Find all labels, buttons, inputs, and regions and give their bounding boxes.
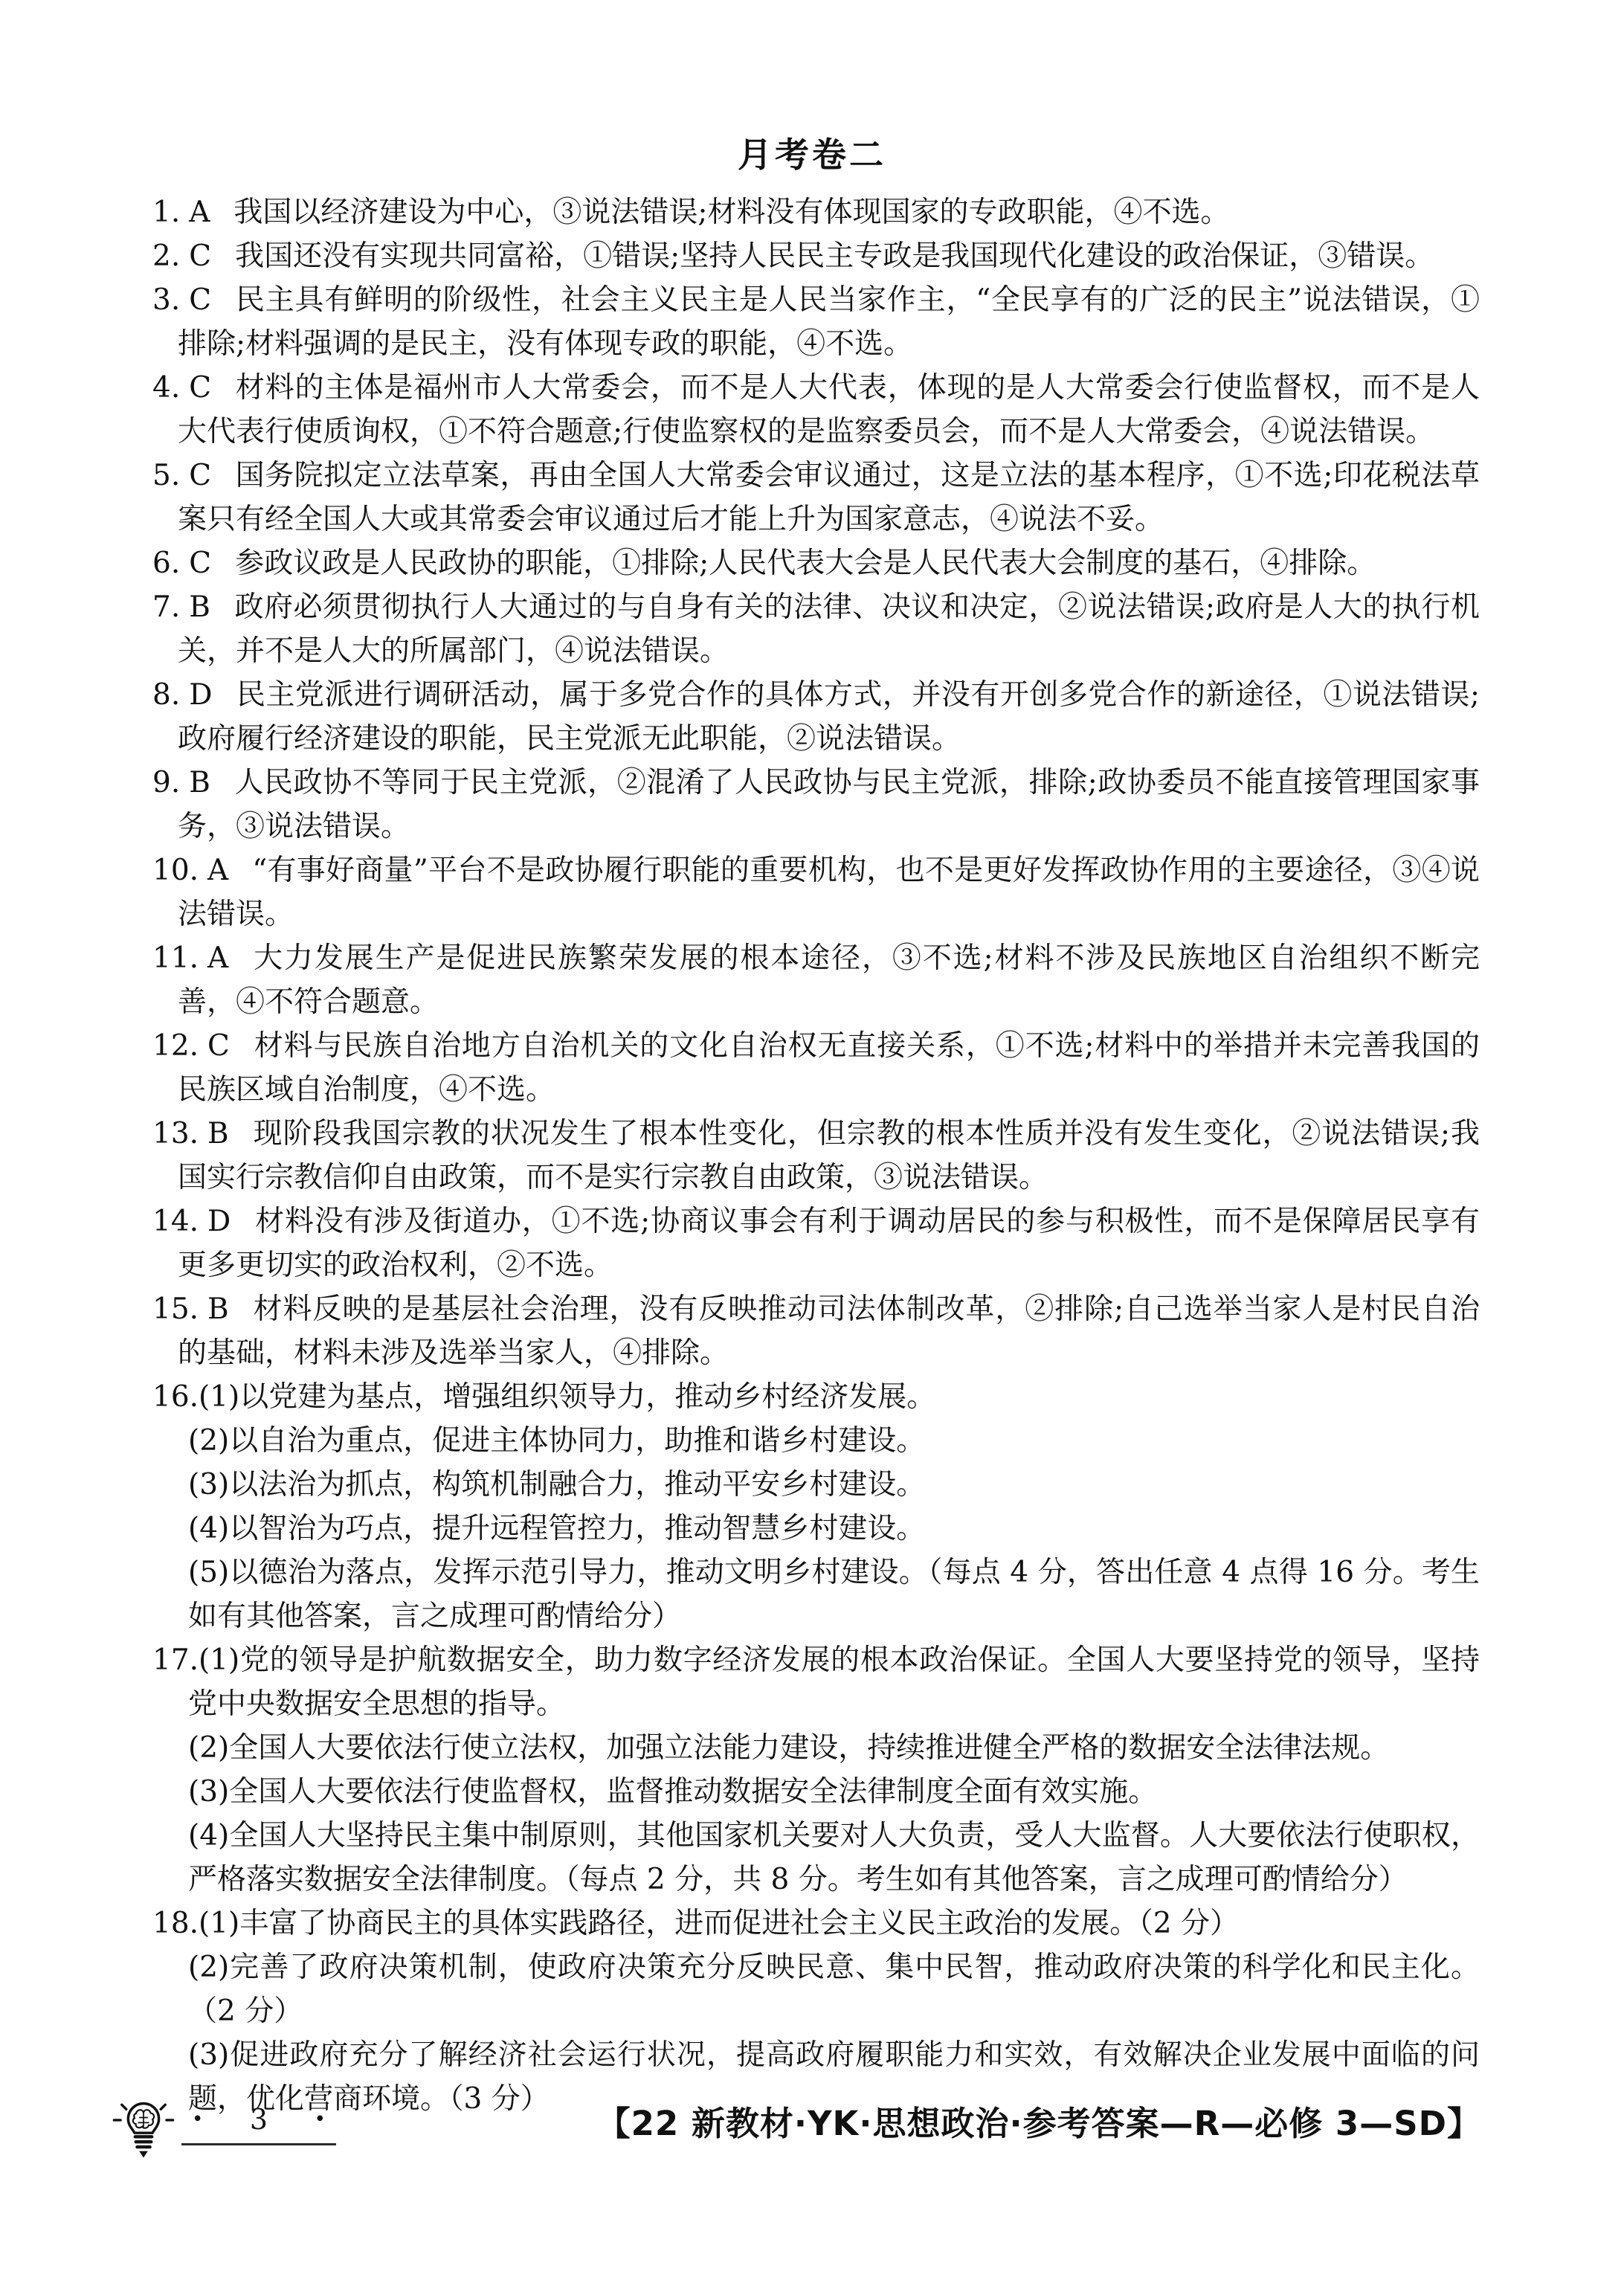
answer-choice: A (189, 196, 210, 229)
answer-item: 2.C我国还没有实现共同富裕，①错误;坚持人民民主专政是我国现代化建设的政治保证… (152, 234, 1480, 278)
lightbulb-brain-icon (112, 2097, 175, 2161)
answer-item: 8.D民主党派进行调研活动，属于多党合作的具体方式，并没有开创多党合作的新途径，… (152, 673, 1480, 761)
answer-number: 11. (152, 941, 199, 975)
answer-item: 10.A“有事好商量”平台不是政协履行职能的重要机构，也不是更好发挥政协作用的主… (152, 849, 1480, 936)
answer-part: 18.(1)丰富了协商民主的具体实践路径，进而促进社会主义民主政治的发展。（2 … (152, 1902, 1480, 1945)
answer-part: 17.(1)党的领导是护航数据安全，助力数字经济发展的根本政治保证。全国人大要坚… (152, 1638, 1480, 1726)
answer-text: 我国还没有实现共同富裕，①错误;坚持人民民主专政是我国现代化建设的政治保证，③错… (235, 239, 1434, 273)
answer-text: 大力发展生产是促进民族繁荣发展的根本途径，③不选;材料不涉及民族地区自治组织不断… (178, 941, 1480, 1019)
answer-number: 15. (152, 1292, 199, 1326)
part-text: 以党建为基点，增强组织领导力，推动乡村经济发展。 (239, 1380, 935, 1414)
part-marker: (2) (188, 1424, 229, 1458)
answer-part: (2)完善了政府决策机制，使政府决策充分反映民意、集中民智，推动政府决策的科学化… (152, 1945, 1480, 2033)
answer-choice: B (189, 590, 210, 624)
answer-number: 3. (152, 283, 180, 317)
answer-choice: C (207, 1029, 230, 1063)
answer-item: 15.B材料反映的是基层社会治理，没有反映推动司法体制改革，②排除;自己选举当家… (152, 1287, 1480, 1375)
answer-choice: A (207, 941, 228, 975)
part-text: 以法治为抓点，构筑机制融合力，推动平安乡村建设。 (229, 1468, 925, 1501)
answer-part: (3)以法治为抓点，构筑机制融合力，推动平安乡村建设。 (152, 1463, 1480, 1507)
answer-choice: C (189, 239, 211, 273)
answer-item: 7.B政府必须贯彻执行人大通过的与自身有关的法律、决议和决定，②说法错误;政府是… (152, 585, 1480, 673)
part-marker: (4) (188, 1819, 229, 1852)
answer-number: 17. (152, 1643, 199, 1677)
part-text: 全国人大坚持民主集中制原则，其他国家机关要对人大负责，受人大监督。人大要依法行使… (188, 1819, 1480, 1896)
answer-item: 6.C参政议政是人民政协的职能，①排除;人民代表大会是人民代表大会制度的基石，④… (152, 541, 1480, 585)
part-marker: (3) (188, 2038, 229, 2072)
answer-part: (3)全国人大要依法行使监督权，监督推动数据安全法律制度全面有效实施。 (152, 1770, 1480, 1814)
answer-number: 6. (152, 547, 180, 580)
answer-choice: C (189, 547, 211, 580)
part-marker: (2) (188, 1731, 229, 1765)
answer-number: 18. (152, 1907, 199, 1940)
answer-text: “有事好商量”平台不是政协履行职能的重要机构，也不是更好发挥政协作用的主要途径，… (178, 854, 1480, 931)
part-text: 以德治为落点，发挥示范引导力，推动文明乡村建设。（每点 4 分，答出任意 4 点… (188, 1556, 1480, 1633)
answer-choice: C (189, 459, 211, 492)
answer-part: (5)以德治为落点，发挥示范引导力，推动文明乡村建设。（每点 4 分，答出任意 … (152, 1551, 1480, 1638)
part-text: 完善了政府决策机制，使政府决策充分反映民意、集中民智，推动政府决策的科学化和民主… (188, 1951, 1480, 2028)
part-marker: (2) (188, 1951, 229, 1984)
page-number: • 3 • (181, 2103, 336, 2145)
answer-number: 2. (152, 239, 180, 273)
answer-part: (2)全国人大要依法行使立法权，加强立法能力建设，持续推进健全严格的数据安全法律… (152, 1726, 1480, 1770)
answer-text: 材料反映的是基层社会治理，没有反映推动司法体制改革，②排除;自己选举当家人是村民… (178, 1292, 1480, 1370)
page-number-dot-right: • (315, 2105, 326, 2134)
answer-choice: B (207, 1292, 229, 1326)
edition-label: 【22 新教材·YK·思想政治·参考答案—R—必修 3—SD】 (597, 2105, 1481, 2143)
answer-number: 16. (152, 1380, 199, 1414)
answer-part: (2)以自治为重点，促进主体协同力，助推和谐乡村建设。 (152, 1419, 1480, 1463)
answer-text: 现阶段我国宗教的状况发生了根本性变化，但宗教的根本性质并没有发生变化，②说法错误… (178, 1117, 1480, 1194)
answer-number: 12. (152, 1029, 199, 1063)
page-title: 月考卷二 (0, 0, 1624, 174)
answer-item: 4.C材料的主体是福州市人大常委会，而不是人大代表，体现的是人大常委会行使监督权… (152, 366, 1480, 454)
part-text: 丰富了协商民主的具体实践路径，进而促进社会主义民主政治的发展。（2 分） (239, 1907, 1239, 1940)
answer-item: 12.C材料与民族自治地方自治机关的文化自治权无直接关系，①不选;材料中的举措并… (152, 1024, 1480, 1112)
answer-choice: A (207, 854, 228, 887)
answer-number: 10. (152, 854, 199, 887)
page-number-value: 3 (250, 2105, 268, 2134)
part-text: 党的领导是护航数据安全，助力数字经济发展的根本政治保证。全国人大要坚持党的领导，… (188, 1643, 1480, 1721)
answer-text: 材料与民族自治地方自治机关的文化自治权无直接关系，①不选;材料中的举措并未完善我… (178, 1029, 1480, 1107)
answer-text: 民主党派进行调研活动，属于多党合作的具体方式，并没有开创多党合作的新途径，①说法… (178, 678, 1480, 756)
part-marker: (3) (188, 1775, 229, 1809)
answer-text: 材料的主体是福州市人大常委会，而不是人大代表，体现的是人大常委会行使监督权，而不… (178, 371, 1480, 448)
answer-item: 5.C国务院拟定立法草案，再由全国人大常委会审议通过，这是立法的基本程序，①不选… (152, 454, 1480, 541)
page-number-block: • 3 • (112, 2103, 336, 2161)
answers-list: 1.A我国以经济建设为中心，③说法错误;材料没有体现国家的专政职能，④不选。2.… (152, 190, 1480, 2121)
answer-number: 5. (152, 459, 180, 492)
answer-text: 政府必须贯彻执行人大通过的与自身有关的法律、决议和决定，②说法错误;政府是人大的… (178, 590, 1480, 668)
answer-number: 13. (152, 1117, 199, 1150)
answer-text: 民主具有鲜明的阶级性，社会主义民主是人民当家作主，“全民享有的广泛的民主”说法错… (178, 283, 1480, 361)
part-text: 以自治为重点，促进主体协同力，助推和谐乡村建设。 (229, 1424, 925, 1458)
page-number-dot-left: • (192, 2105, 203, 2134)
part-marker: (1) (199, 1643, 239, 1677)
part-marker: (4) (188, 1512, 229, 1545)
answer-text: 我国以经济建设为中心，③说法错误;材料没有体现国家的专政职能，④不选。 (233, 196, 1229, 229)
answer-item: 3.C民主具有鲜明的阶级性，社会主义民主是人民当家作主，“全民享有的广泛的民主”… (152, 278, 1480, 366)
part-marker: (1) (199, 1907, 239, 1940)
part-text: 全国人大要依法行使立法权，加强立法能力建设，持续推进健全严格的数据安全法律法规。 (229, 1731, 1389, 1765)
answer-text: 国务院拟定立法草案，再由全国人大常委会审议通过，这是立法的基本程序，①不选;印花… (178, 459, 1480, 536)
answer-number: 9. (152, 766, 180, 799)
answer-number: 1. (152, 196, 180, 229)
answer-choice: D (207, 1205, 231, 1238)
answer-text: 参政议政是人民政协的职能，①排除;人民代表大会是人民代表大会制度的基石，④排除。 (235, 547, 1376, 580)
answer-item: 11.A大力发展生产是促进民族繁荣发展的根本途径，③不选;材料不涉及民族地区自治… (152, 936, 1480, 1024)
part-marker: (5) (188, 1556, 229, 1589)
answer-item: 14.D材料没有涉及街道办，①不选;协商议事会有利于调动居民的参与积极性，而不是… (152, 1200, 1480, 1287)
answer-item: 13.B现阶段我国宗教的状况发生了根本性变化，但宗教的根本性质并没有发生变化，②… (152, 1112, 1480, 1200)
answer-choice: C (189, 283, 211, 317)
answer-number: 14. (152, 1205, 199, 1238)
answer-number: 4. (152, 371, 180, 405)
answer-part: (4)以智治为巧点，提升远程管控力，推动智慧乡村建设。 (152, 1507, 1480, 1551)
answer-choice: B (189, 766, 210, 799)
answer-choice: D (189, 678, 212, 712)
document-page: 月考卷二 1.A我国以经济建设为中心，③说法错误;材料没有体现国家的专政职能，④… (0, 0, 1624, 2283)
part-text: 全国人大要依法行使监督权，监督推动数据安全法律制度全面有效实施。 (229, 1775, 1157, 1809)
answer-choice: C (189, 371, 211, 405)
answer-number: 8. (152, 678, 180, 712)
answer-choice: B (207, 1117, 229, 1150)
part-marker: (3) (188, 1468, 229, 1501)
answer-part: (4)全国人大坚持民主集中制原则，其他国家机关要对人大负责，受人大监督。人大要依… (152, 1814, 1480, 1902)
answer-text: 人民政协不等同于民主党派，②混淆了人民政协与民主党派，排除;政协委员不能直接管理… (178, 766, 1480, 843)
answer-item: 9.B人民政协不等同于民主党派，②混淆了人民政协与民主党派，排除;政协委员不能直… (152, 761, 1480, 849)
answer-text: 材料没有涉及街道办，①不选;协商议事会有利于调动居民的参与积极性，而不是保障居民… (178, 1205, 1480, 1282)
part-marker: (1) (199, 1380, 239, 1414)
answer-number: 7. (152, 590, 180, 624)
page-footer: • 3 • 【22 新教材·YK·思想政治·参考答案—R—必修 3—SD】 (0, 2103, 1624, 2185)
part-text: 以智治为巧点，提升远程管控力，推动智慧乡村建设。 (229, 1512, 925, 1545)
answer-part: 16.(1)以党建为基点，增强组织领导力，推动乡村经济发展。 (152, 1375, 1480, 1419)
answer-item: 1.A我国以经济建设为中心，③说法错误;材料没有体现国家的专政职能，④不选。 (152, 190, 1480, 234)
